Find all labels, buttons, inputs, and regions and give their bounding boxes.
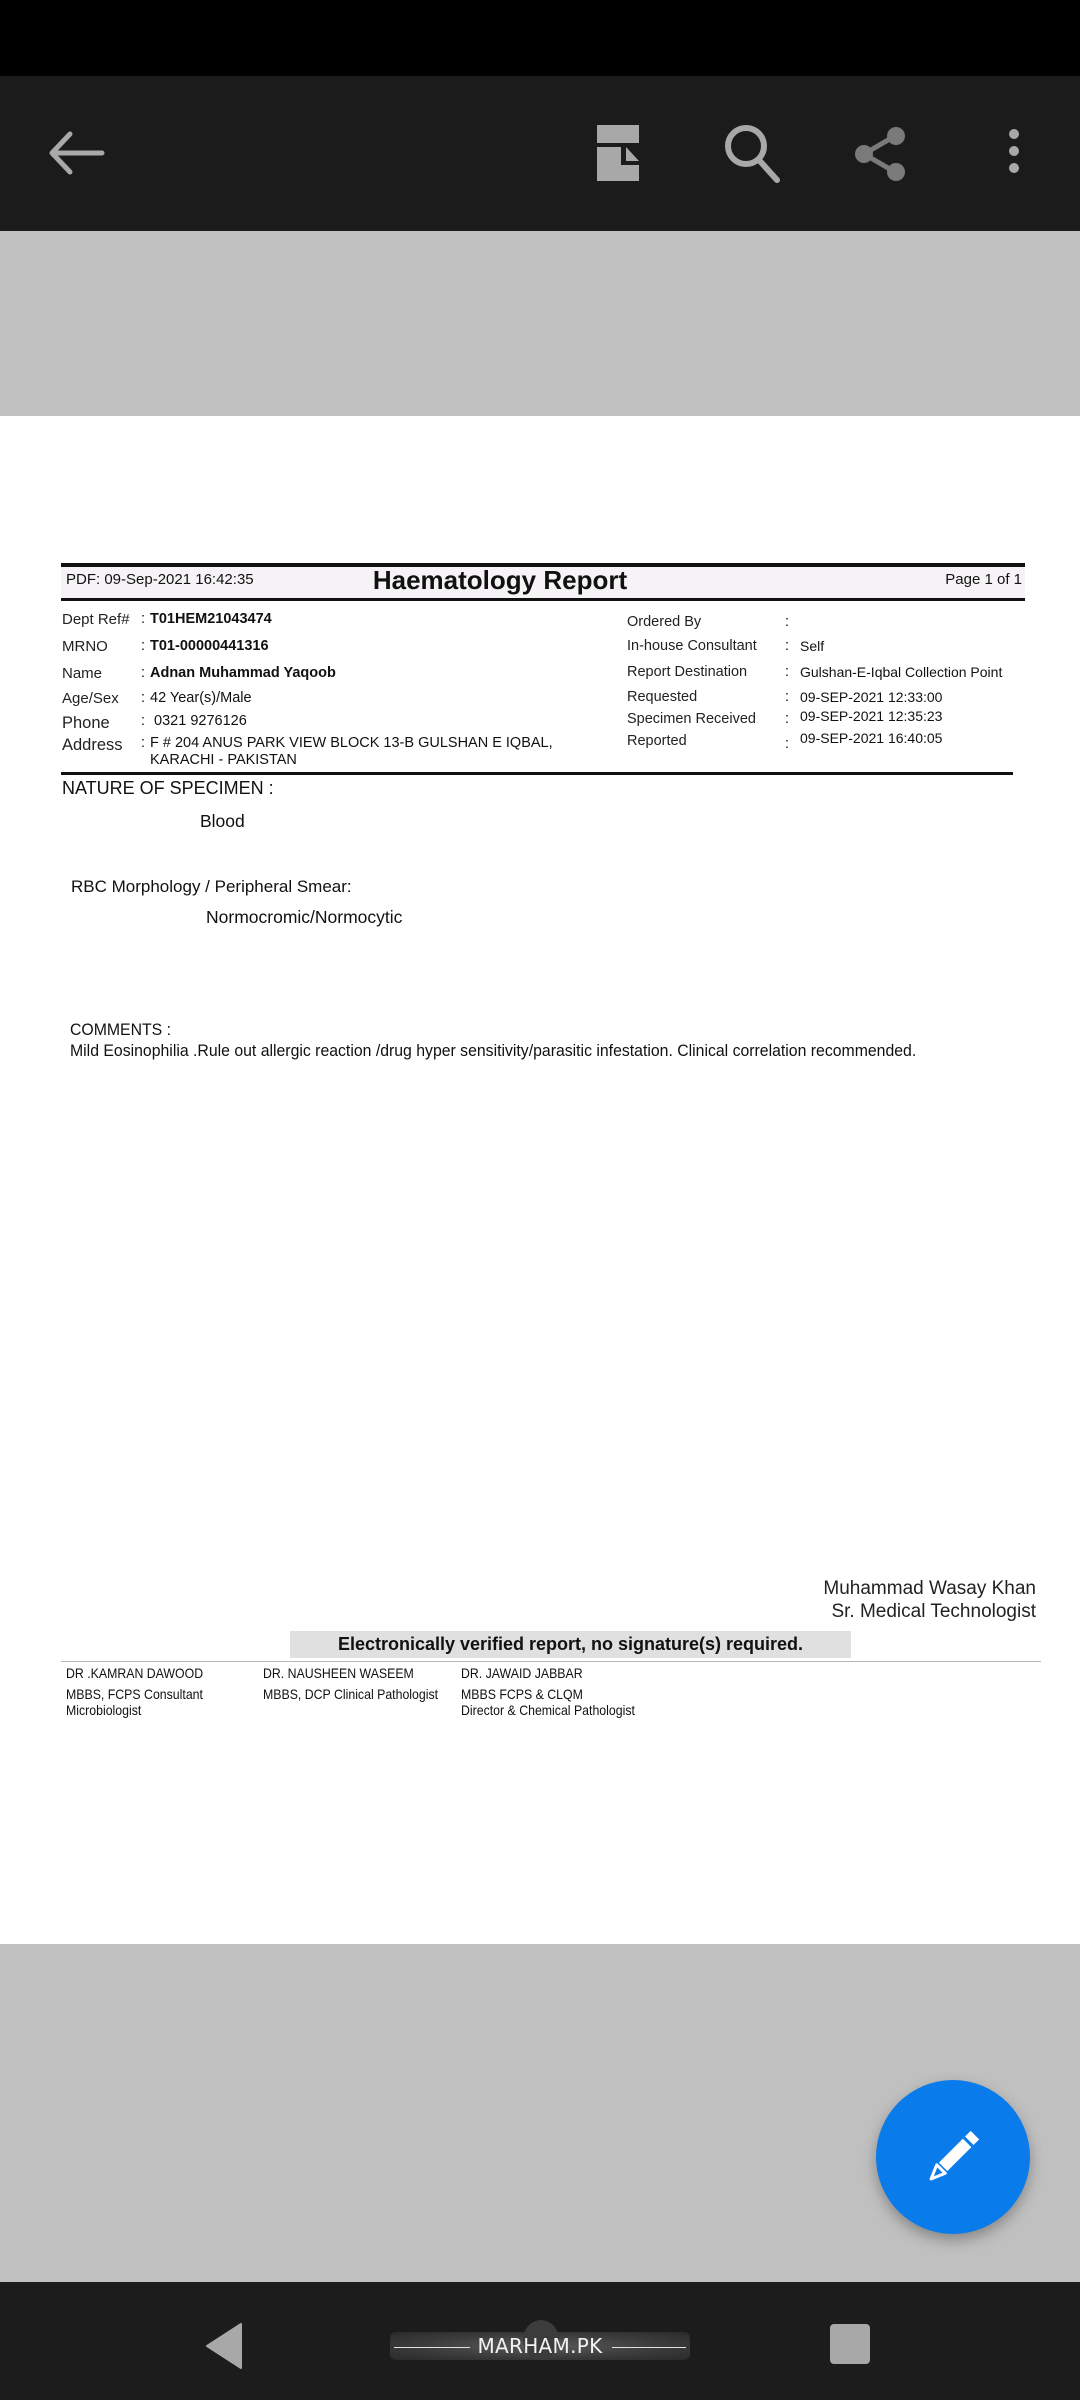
field-value-line2: KARACHI - PAKISTAN (150, 752, 297, 768)
nav-home-brand[interactable]: MARHAM.PK (390, 2320, 690, 2372)
field-value: T01HEM21043474 (150, 611, 272, 627)
doctor-credentials: MBBS, FCPS Consultant (66, 1686, 203, 1703)
doctor-name: DR. JAWAID JABBAR (461, 1665, 583, 1682)
field-label: Ordered By (627, 614, 701, 630)
field-label: Reported (627, 733, 687, 749)
field-colon: : (141, 713, 145, 729)
field-colon: : (785, 689, 789, 705)
signatory-name: Muhammad Wasay Khan (823, 1578, 1036, 1600)
field-value: 42 Year(s)/Male (150, 690, 252, 706)
system-nav-bar: MARHAM.PK (0, 2282, 1080, 2400)
nav-recents-icon[interactable] (830, 2324, 870, 2364)
field-colon: : (141, 611, 145, 627)
app-bar (0, 76, 1080, 231)
field-value: 09-SEP-2021 16:40:05 (800, 730, 942, 746)
field-label: Dept Ref# (62, 611, 130, 628)
field-colon: : (785, 638, 789, 654)
field-label: Requested (627, 689, 697, 705)
page-indicator: Page 1 of 1 (945, 571, 1022, 588)
field-colon: : (785, 736, 789, 752)
field-colon: : (785, 614, 789, 630)
rbc-morphology-label: RBC Morphology / Peripheral Smear: (71, 877, 352, 897)
field-label: Phone (62, 714, 110, 733)
field-label: Name (62, 665, 102, 682)
doctor-name: DR .KAMRAN DAWOOD (66, 1665, 203, 1682)
field-label: MRNO (62, 638, 108, 655)
report-title: Haematology Report (0, 565, 1000, 596)
doctor-name: DR. NAUSHEEN WASEEM (263, 1665, 414, 1682)
pencil-edit-icon (920, 2124, 986, 2190)
doctor-credentials: MBBS, DCP Clinical Pathologist (263, 1686, 438, 1703)
field-value: 0321 9276126 (150, 713, 247, 729)
share-icon[interactable] (850, 126, 910, 182)
nav-back-icon[interactable] (205, 2322, 245, 2370)
field-value: F # 204 ANUS PARK VIEW BLOCK 13-B GULSHA… (150, 735, 553, 751)
search-icon[interactable] (724, 124, 784, 186)
field-label: Specimen Received (627, 711, 756, 727)
field-label: In-house Consultant (627, 638, 757, 654)
signatory-title: Sr. Medical Technologist (831, 1601, 1036, 1623)
info-divider (61, 772, 1013, 775)
field-colon: : (141, 665, 145, 681)
comments-label: COMMENTS : (70, 1020, 171, 1040)
footer-divider (61, 1661, 1041, 1662)
field-value: 09-SEP-2021 12:35:23 (800, 708, 942, 724)
status-bar (0, 0, 1080, 76)
verified-banner: Electronically verified report, no signa… (290, 1631, 851, 1658)
field-colon: : (785, 664, 789, 680)
field-value: Adnan Muhammad Yaqoob (150, 665, 336, 681)
nature-of-specimen-label: NATURE OF SPECIMEN : (62, 778, 274, 799)
field-colon: : (141, 690, 145, 706)
nature-of-specimen-value: Blood (200, 811, 245, 832)
field-label: Report Destination (627, 664, 747, 680)
doctor-credentials: Director & Chemical Pathologist (461, 1702, 635, 1719)
doctor-credentials: Microbiologist (66, 1702, 141, 1719)
field-colon: : (141, 735, 145, 751)
field-value: Gulshan-E-Iqbal Collection Point (800, 664, 1002, 680)
field-value: 09-SEP-2021 12:33:00 (800, 689, 942, 705)
more-vertical-icon[interactable] (1003, 128, 1025, 180)
doctor-credentials: MBBS FCPS & CLQM (461, 1686, 583, 1703)
field-value: T01-00000441316 (150, 638, 269, 654)
comments-text: Mild Eosinophilia .Rule out allergic rea… (70, 1040, 986, 1061)
field-label: Age/Sex (62, 690, 119, 707)
rbc-morphology-value: Normocromic/Normocytic (206, 907, 402, 928)
page-view-icon[interactable] (596, 124, 640, 182)
field-value: Self (800, 638, 824, 654)
back-arrow-icon[interactable] (46, 128, 106, 178)
field-colon: : (141, 638, 145, 654)
field-label: Address (62, 736, 123, 755)
field-colon: : (785, 711, 789, 727)
brand-text: MARHAM.PK (390, 2334, 690, 2358)
edit-fab-button[interactable] (876, 2080, 1030, 2234)
